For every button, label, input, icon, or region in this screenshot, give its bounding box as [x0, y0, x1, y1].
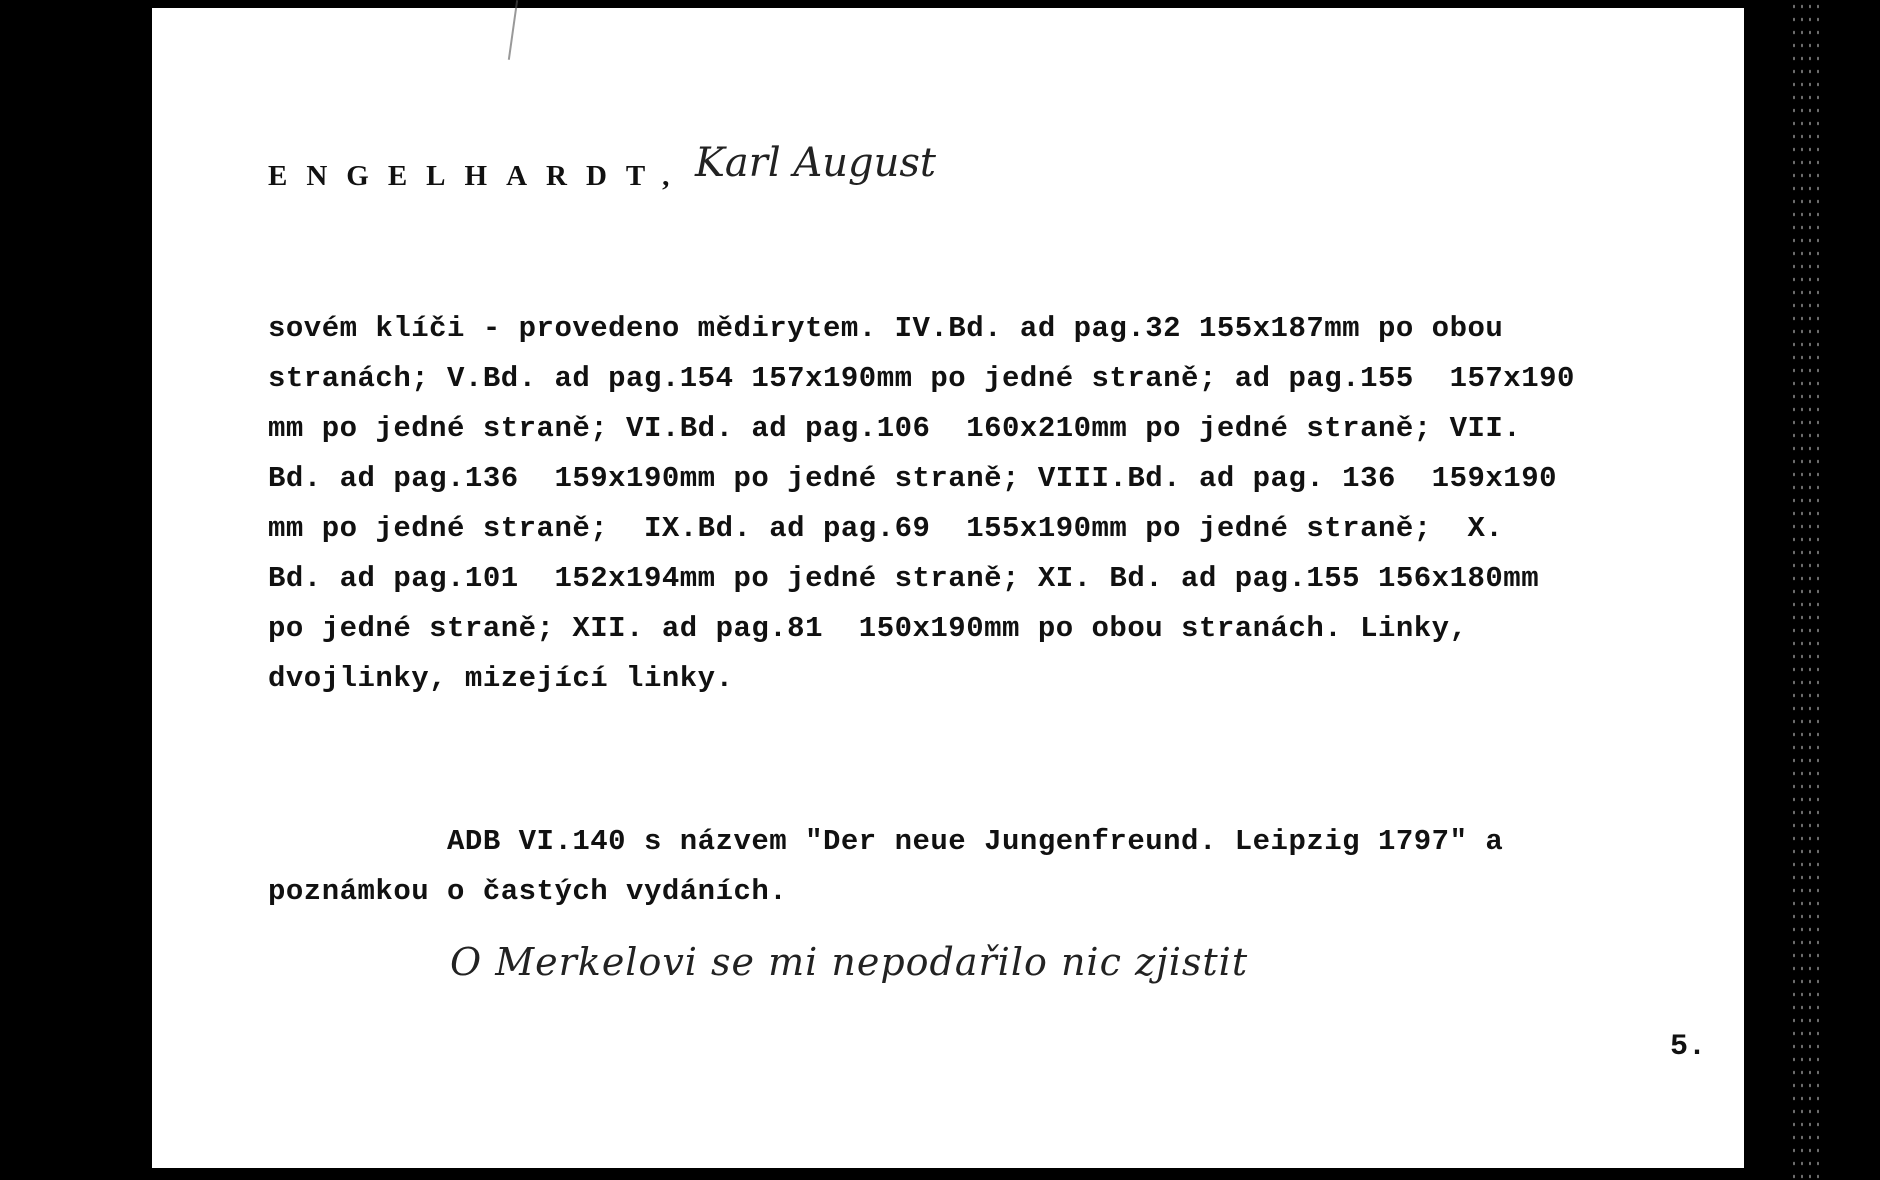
reference-line: poznámkou o častých vydáních.: [268, 875, 787, 908]
surname-heading: ENGELHARDT,: [268, 160, 688, 193]
page-number: 5.: [1670, 1030, 1706, 1064]
body-line: dvojlinky, mizející linky.: [268, 662, 733, 695]
handwritten-given-names: Karl August: [695, 140, 936, 186]
reference-line: ADB VI.140 s názvem "Der neue Jungenfreu…: [268, 825, 1503, 858]
body-line: Bd. ad pag.101 152x194mm po jedné straně…: [268, 562, 1539, 595]
body-line: Bd. ad pag.136 159x190mm po jedné straně…: [268, 462, 1557, 495]
handwritten-note: O Merkelovi se mi nepodařilo nic zjistit: [450, 940, 1248, 984]
body-line: mm po jedné straně; IX.Bd. ad pag.69 155…: [268, 512, 1503, 545]
body-line: po jedné straně; XII. ad pag.81 150x190m…: [268, 612, 1468, 645]
body-line: mm po jedné straně; VI.Bd. ad pag.106 16…: [268, 412, 1521, 445]
scan-edge-noise: [1790, 0, 1820, 1180]
body-line: stranách; V.Bd. ad pag.154 157x190mm po …: [268, 362, 1575, 395]
body-line: sovém klíči - provedeno mědirytem. IV.Bd…: [268, 312, 1503, 345]
